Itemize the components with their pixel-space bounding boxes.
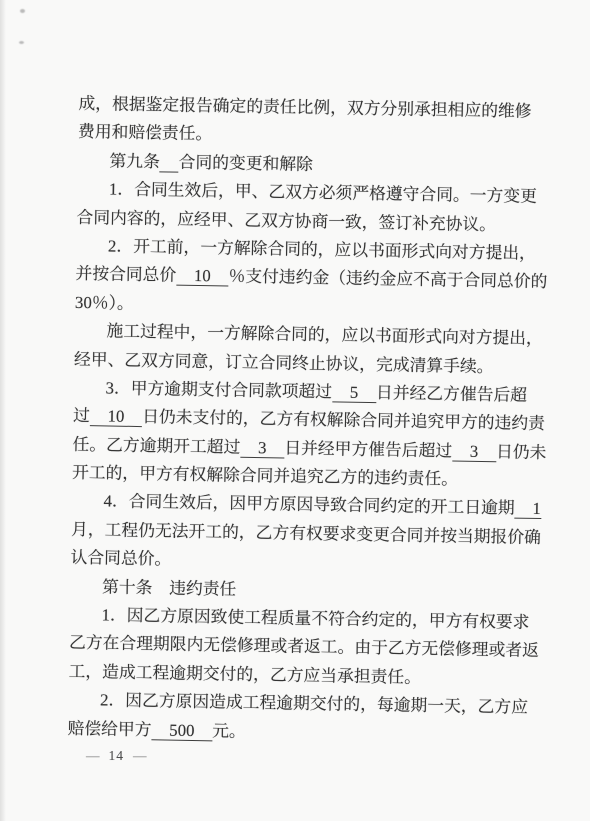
- page-number: 14: [109, 748, 125, 763]
- text-segment: 任。乙方逾期开工超过: [72, 435, 240, 457]
- document-text: 成，根据鉴定报告确定的责任比例，双方分别承担相应的维修费用和赔偿责任。第九条 合…: [67, 90, 552, 751]
- scanned-page: 成，根据鉴定报告确定的责任比例，双方分别承担相应的维修费用和赔偿责任。第九条 合…: [0, 0, 590, 821]
- text-segment: 工，造成工程逾期交付的，乙方应当承担责任。: [68, 662, 421, 687]
- text-segment: 过: [73, 406, 90, 425]
- text-segment: 1．因乙方原因致使工程质量不符合约定的，甲方有权要求: [101, 605, 529, 631]
- text-segment: 经甲、乙双方同意，订立合同终止协议，完成清算手续。: [74, 349, 494, 375]
- fill-in-blank: 3: [240, 437, 284, 458]
- text-segment: 日仍未: [496, 442, 547, 462]
- page-edge-shadow: [0, 0, 6, 821]
- text-segment: 合同的变更和解除: [178, 152, 313, 173]
- text-segment: 并按合同总价: [75, 264, 176, 285]
- text-segment: 30％）。: [75, 293, 134, 313]
- text-segment: 开工的，甲方有权解除合同并追究乙方的违约责任。: [72, 463, 458, 489]
- scan-speck: [19, 41, 24, 44]
- page-footer: —14—: [86, 748, 147, 764]
- fill-in-blank: 3: [452, 441, 496, 462]
- text-segment: 日仍未支付的，乙方有权解除合同并追究甲方的违约责: [142, 407, 545, 433]
- fill-in-blank: 10: [90, 406, 143, 427]
- fill-in-blank: [160, 152, 179, 172]
- text-segment: 第十条 违约责任: [102, 577, 237, 598]
- text-segment: ％支付违约金（违约金应不高于合同总价的: [228, 267, 547, 292]
- text-segment: 乙方在合理期限内无偿修理或者返工。由于乙方无偿修理或者返: [69, 633, 539, 660]
- text-segment: 3．甲方逾期支付合同款项超过: [105, 378, 332, 401]
- fill-in-blank: 1: [514, 499, 542, 519]
- text-segment: 费用和赔偿责任。: [78, 122, 213, 143]
- text-segment: 认合同总价。: [70, 548, 171, 569]
- fill-in-blank: 500: [151, 720, 212, 741]
- text-segment: 施工过程中，一方解除合同的，应以书面形式向对方提出，: [106, 322, 543, 349]
- footer-left-dash: —: [86, 748, 100, 763]
- text-segment: 日并经乙方催告后超: [376, 383, 527, 405]
- text-segment: 合同内容的，应经甲、乙双方协商一致，签订补充协议。: [76, 207, 496, 233]
- footer-right-dash: —: [133, 748, 147, 763]
- fill-in-blank: 5: [332, 382, 376, 403]
- fill-in-blank: 10: [176, 266, 229, 287]
- text-segment: 元。: [212, 721, 246, 741]
- text-segment: 2．因乙方原因造成工程逾期交付的，每逾期一天，乙方应: [100, 691, 528, 717]
- text-segment: 日并经甲方催告后超过: [284, 438, 452, 460]
- text-segment: 赔偿给甲方: [67, 718, 151, 738]
- text-segment: 2．开工前，一方解除合同的，应以书面形式向对方提出，: [108, 236, 536, 262]
- text-segment: 4．合同生效后，因甲方原因导致合同约定的开工日逾期: [103, 492, 514, 518]
- text-segment: 1．合同生效后，甲、乙双方必须严格遵守合同。一方变更: [109, 180, 537, 206]
- scan-speck: [20, 9, 25, 13]
- text-segment: 第九条: [109, 151, 160, 171]
- text-segment: 成，根据鉴定报告确定的责任比例，双方分别承担相应的维修: [78, 94, 531, 121]
- text-segment: 月，工程仍无法开工的，乙方有权要求变更合同并按当期报价确: [71, 520, 541, 547]
